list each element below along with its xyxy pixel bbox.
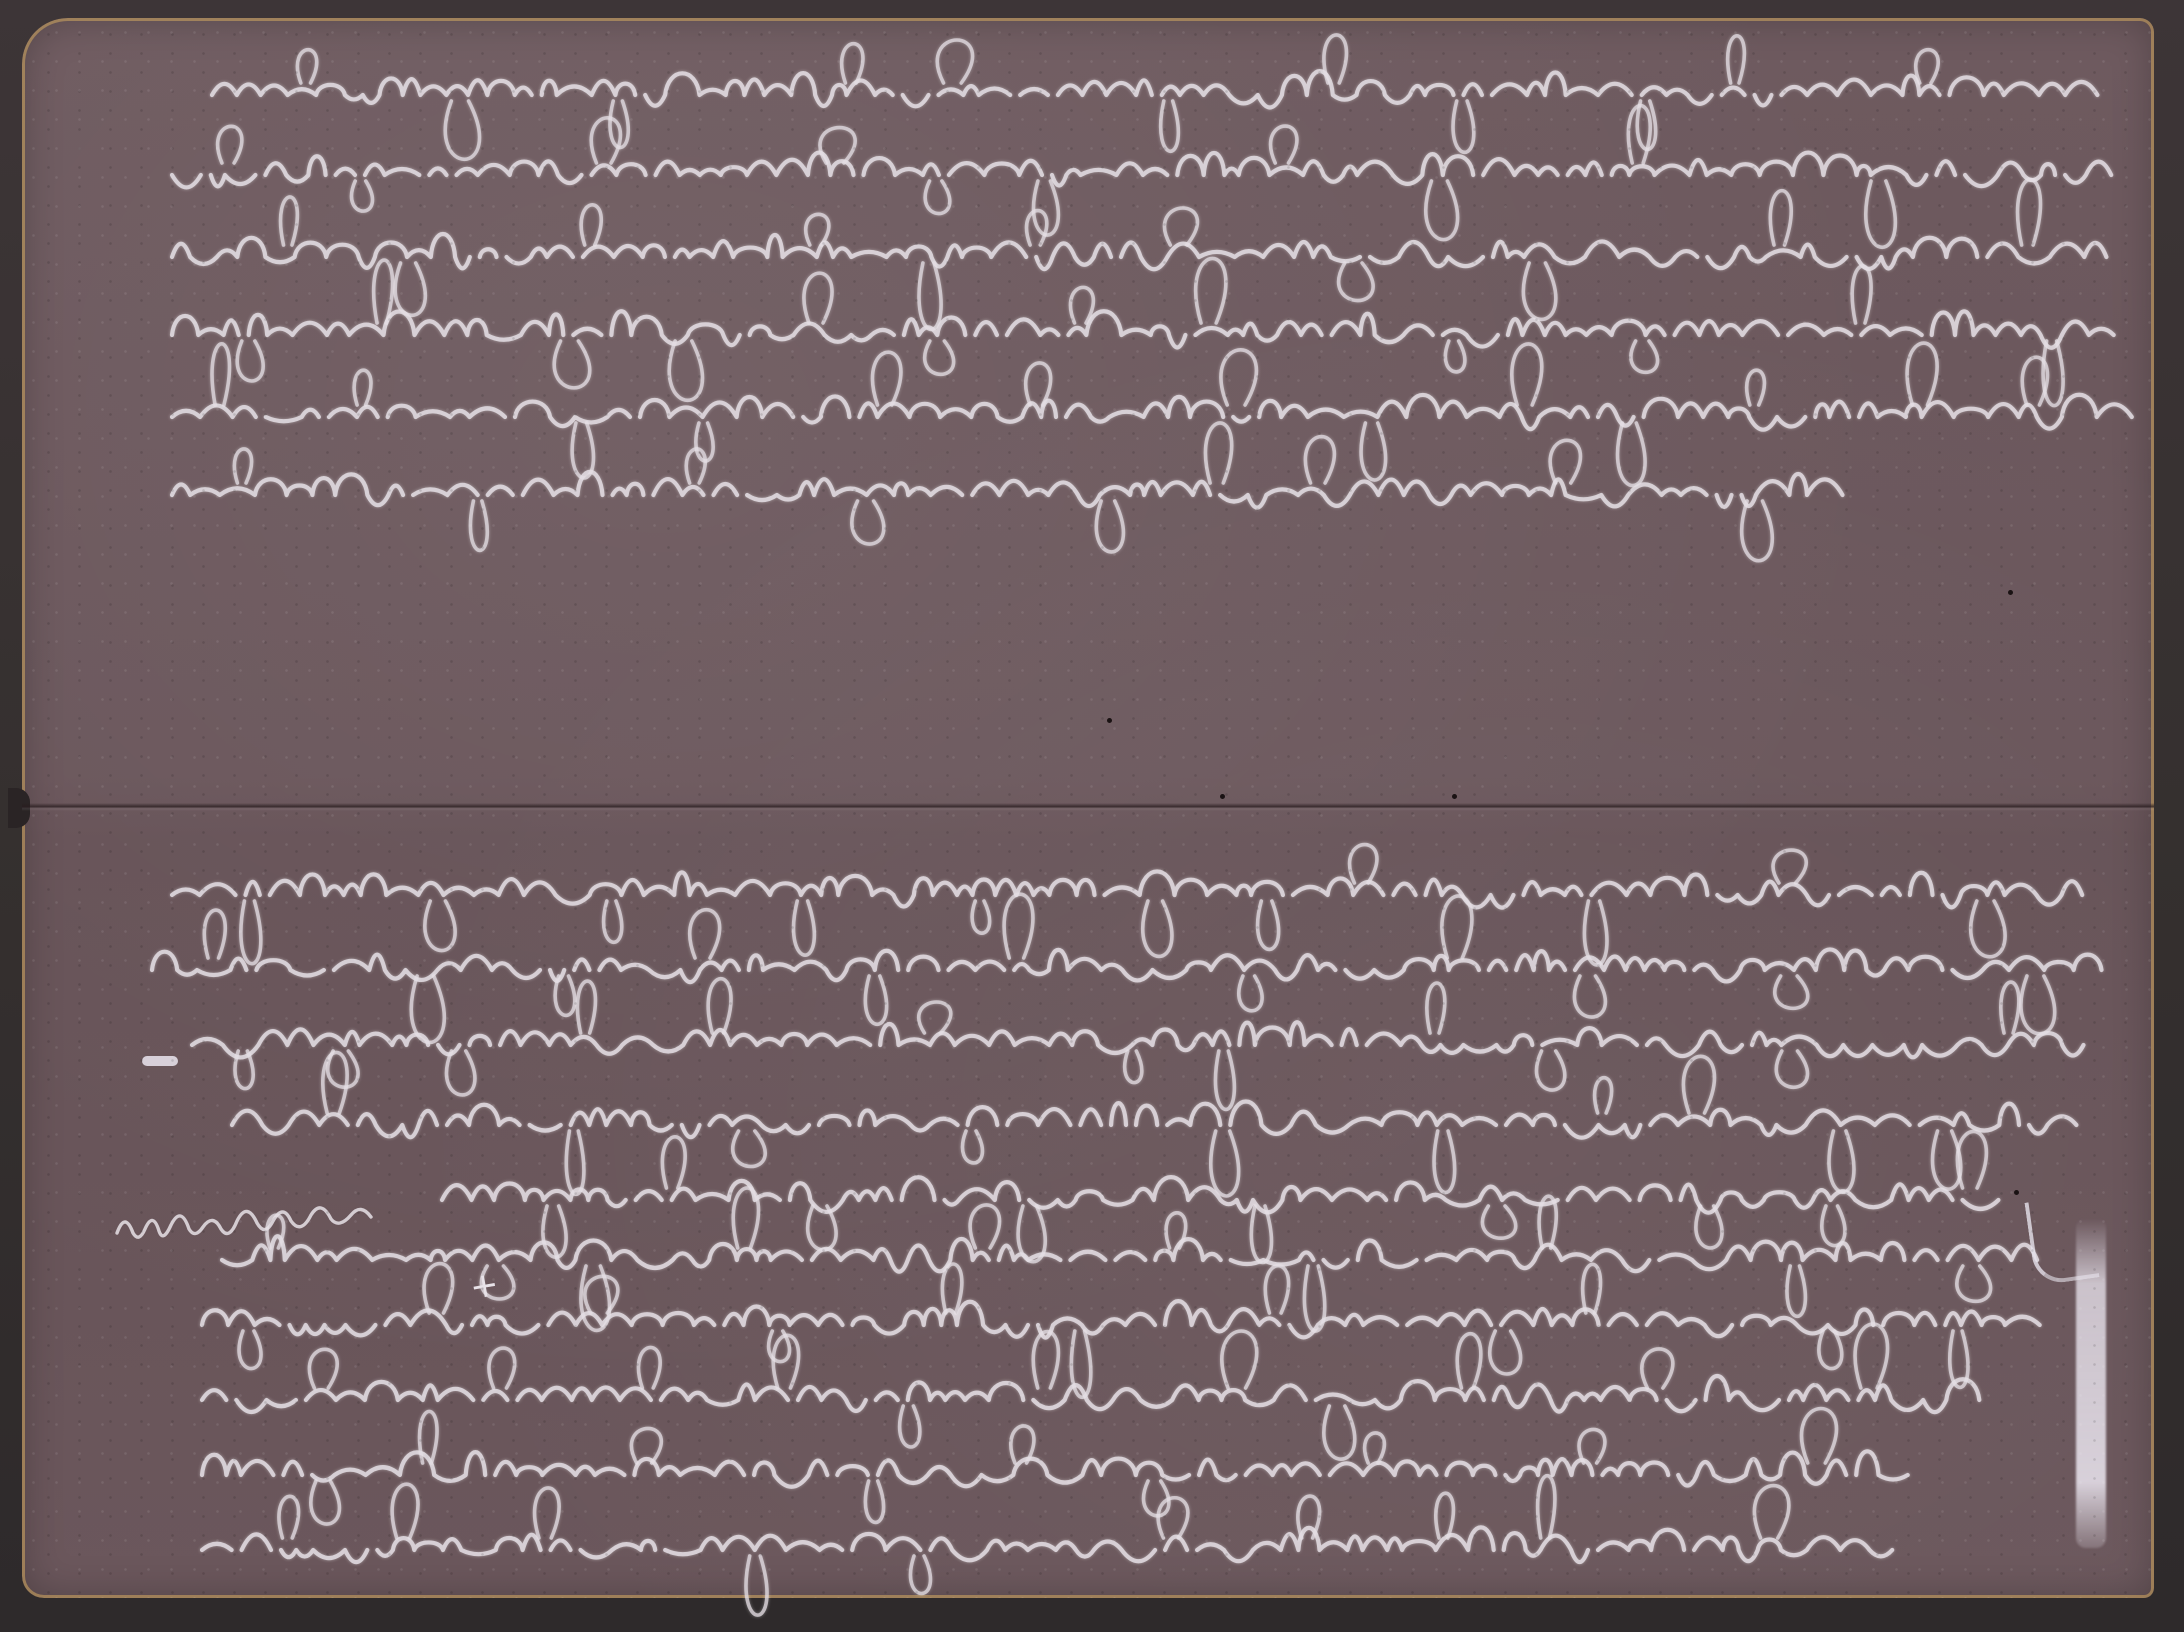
line-label: Lower line 10 <box>202 1508 203 1509</box>
chalk-script-strokes <box>202 1433 1922 1503</box>
line-label: Lower line 9 <box>202 1433 203 1434</box>
lower-line-8: Lower line 8 <box>202 1358 2002 1428</box>
line-label: Lower line 7 <box>202 1283 203 1284</box>
lower-line-2: Lower line 2 <box>152 928 2102 998</box>
lower-line-9: Lower line 9 <box>202 1433 1922 1503</box>
lower-line-1: Lower line 1 <box>172 853 2082 923</box>
chalk-script-strokes <box>152 928 2102 998</box>
chalk-script-strokes <box>202 1358 2002 1428</box>
line-label: Lower line 5 <box>442 1158 443 1159</box>
line-label: Lower line 1 <box>172 853 173 854</box>
lower-text-panel: Lower line 1 Lower line 2 Lower line 3 L… <box>22 18 2154 1598</box>
lower-line-3: Lower line 3 <box>192 1003 2102 1073</box>
line-label: Lower line 4 <box>232 1083 233 1084</box>
ink-spot <box>2008 590 2013 595</box>
ink-spot <box>2014 1190 2019 1195</box>
line-label: Lower line 8 <box>202 1358 203 1359</box>
chalk-script-strokes <box>192 1003 2102 1073</box>
margin-chalk-bar <box>2076 1218 2106 1548</box>
line-label: Lower line 2 <box>152 928 153 929</box>
ink-spot <box>1452 794 1457 799</box>
chalk-script-strokes <box>232 1083 2072 1153</box>
ink-spot <box>1107 718 1112 723</box>
chalk-script-strokes <box>172 853 2082 923</box>
lower-line-10: Lower line 10 <box>202 1508 1902 1578</box>
dash-mark <box>142 1056 178 1066</box>
ink-spot <box>1220 794 1225 799</box>
lower-line-4: Lower line 4 <box>232 1083 2072 1153</box>
manuscript-page: Upper line 1 Upper line 2 Upper line 3 U… <box>22 18 2154 1598</box>
marginal-note <box>112 1193 432 1253</box>
chalk-script-strokes <box>202 1508 1902 1578</box>
line-label: Lower line 3 <box>192 1003 193 1004</box>
